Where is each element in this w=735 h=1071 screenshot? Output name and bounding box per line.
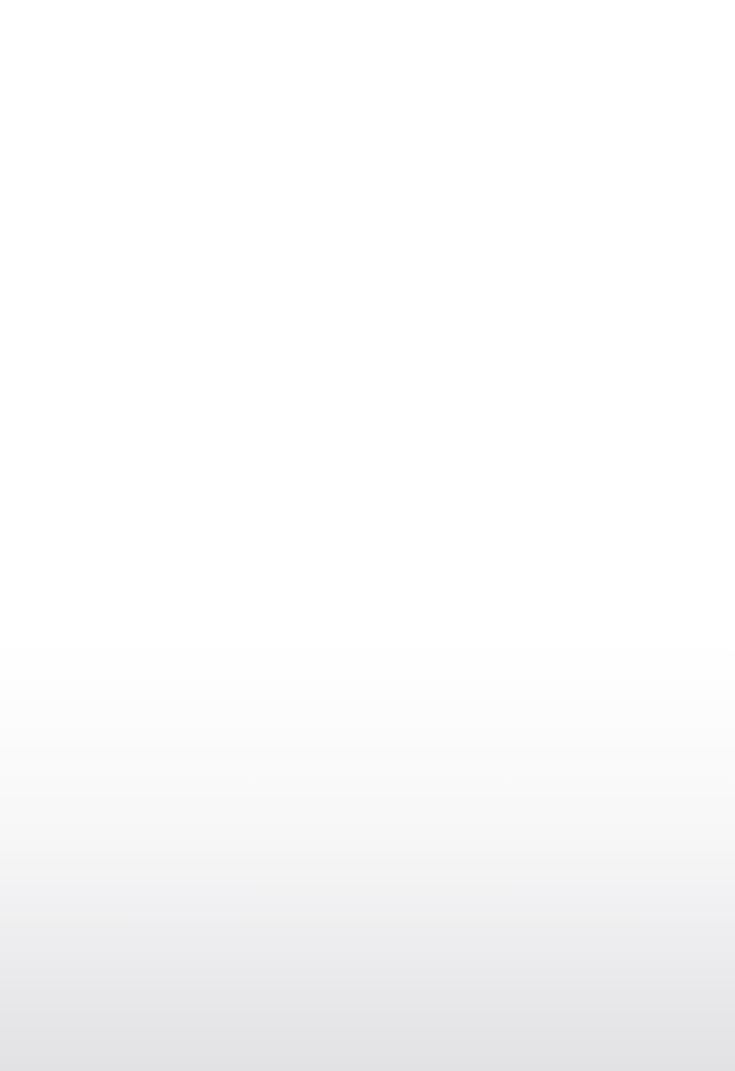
page-background-waves — [0, 0, 735, 1071]
